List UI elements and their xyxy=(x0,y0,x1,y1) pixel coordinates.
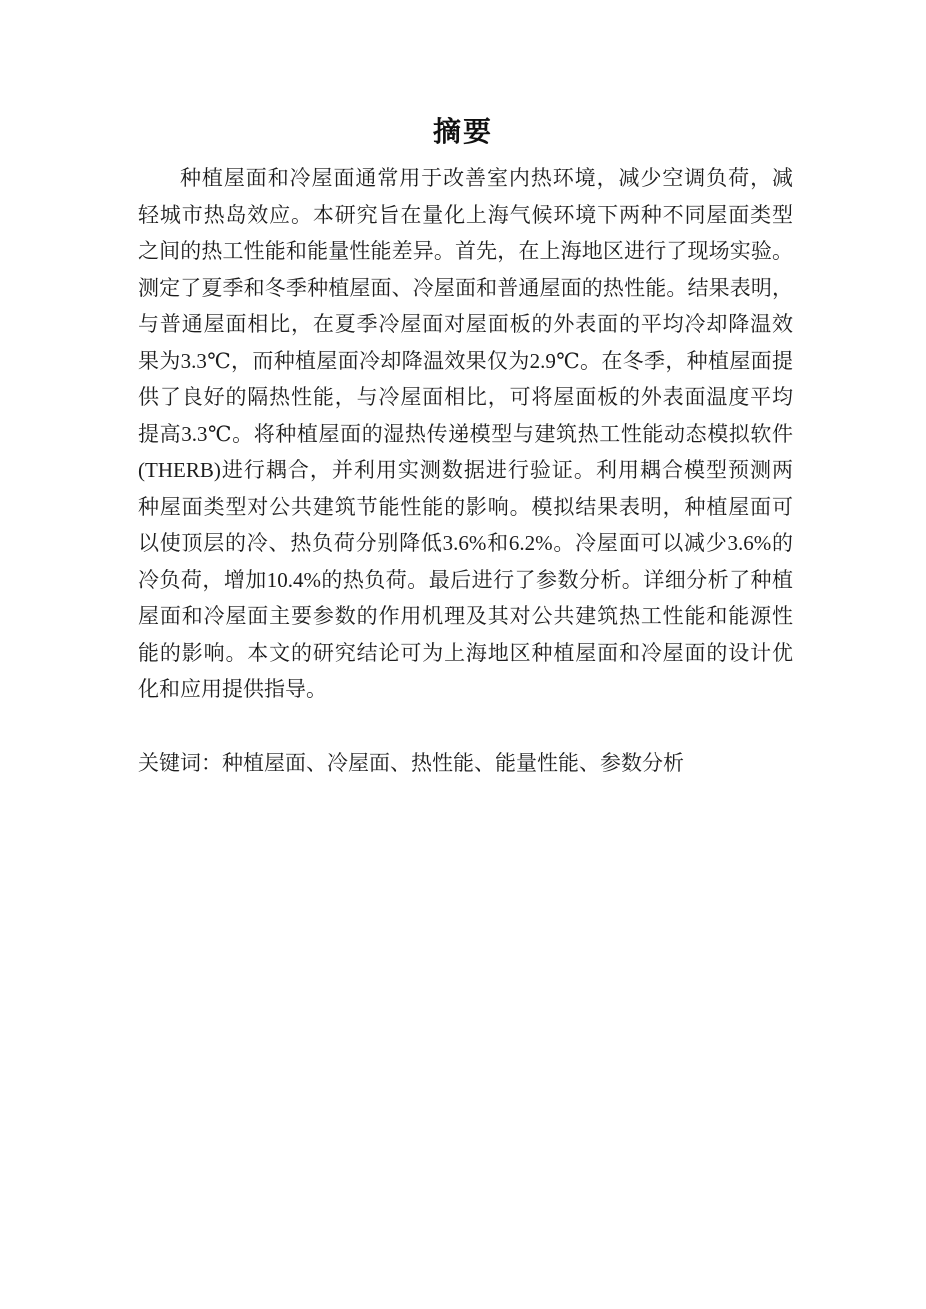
abstract-line: 化和应用提供指导。 xyxy=(138,671,793,708)
abstract-paragraph: 种植屋面和冷屋面通常用于改善室内热环境，减少空调负荷，减 轻城市热岛效应。本研究… xyxy=(138,160,793,708)
keywords-line: 关键词：种植屋面、冷屋面、热性能、能量性能、参数分析 xyxy=(138,745,926,782)
abstract-line: 与普通屋面相比，在夏季冷屋面对屋面板的外表面的平均冷却降温效 xyxy=(138,306,793,343)
document-page: 摘要 种植屋面和冷屋面通常用于改善室内热环境，减少空调负荷，减 轻城市热岛效应。… xyxy=(0,0,926,1309)
abstract-line: 果为3.3℃，而种植屋面冷却降温效果仅为2.9℃。在冬季，种植屋面提 xyxy=(138,343,793,380)
abstract-line: 提高3.3℃。将种植屋面的湿热传递模型与建筑热工性能动态模拟软件 xyxy=(138,416,793,453)
abstract-line: (THERB)进行耦合，并利用实测数据进行验证。利用耦合模型预测两 xyxy=(138,452,793,489)
abstract-line: 轻城市热岛效应。本研究旨在量化上海气候环境下两种不同屋面类型 xyxy=(138,197,793,234)
abstract-line: 之间的热工性能和能量性能差异。首先，在上海地区进行了现场实验。 xyxy=(138,233,793,270)
abstract-line: 以使顶层的冷、热负荷分别降低3.6%和6.2%。冷屋面可以减少3.6%的 xyxy=(138,525,793,562)
abstract-line: 冷负荷，增加10.4%的热负荷。最后进行了参数分析。详细分析了种植 xyxy=(138,562,793,599)
abstract-line: 供了良好的隔热性能，与冷屋面相比，可将屋面板的外表面温度平均 xyxy=(138,379,793,416)
abstract-line: 种植屋面和冷屋面通常用于改善室内热环境，减少空调负荷，减 xyxy=(138,160,793,197)
page-title: 摘要 xyxy=(0,112,926,152)
abstract-line: 种屋面类型对公共建筑节能性能的影响。模拟结果表明，种植屋面可 xyxy=(138,489,793,526)
abstract-line: 能的影响。本文的研究结论可为上海地区种植屋面和冷屋面的设计优 xyxy=(138,635,793,672)
abstract-line: 测定了夏季和冬季种植屋面、冷屋面和普通屋面的热性能。结果表明， xyxy=(138,270,793,307)
abstract-line: 屋面和冷屋面主要参数的作用机理及其对公共建筑热工性能和能源性 xyxy=(138,598,793,635)
